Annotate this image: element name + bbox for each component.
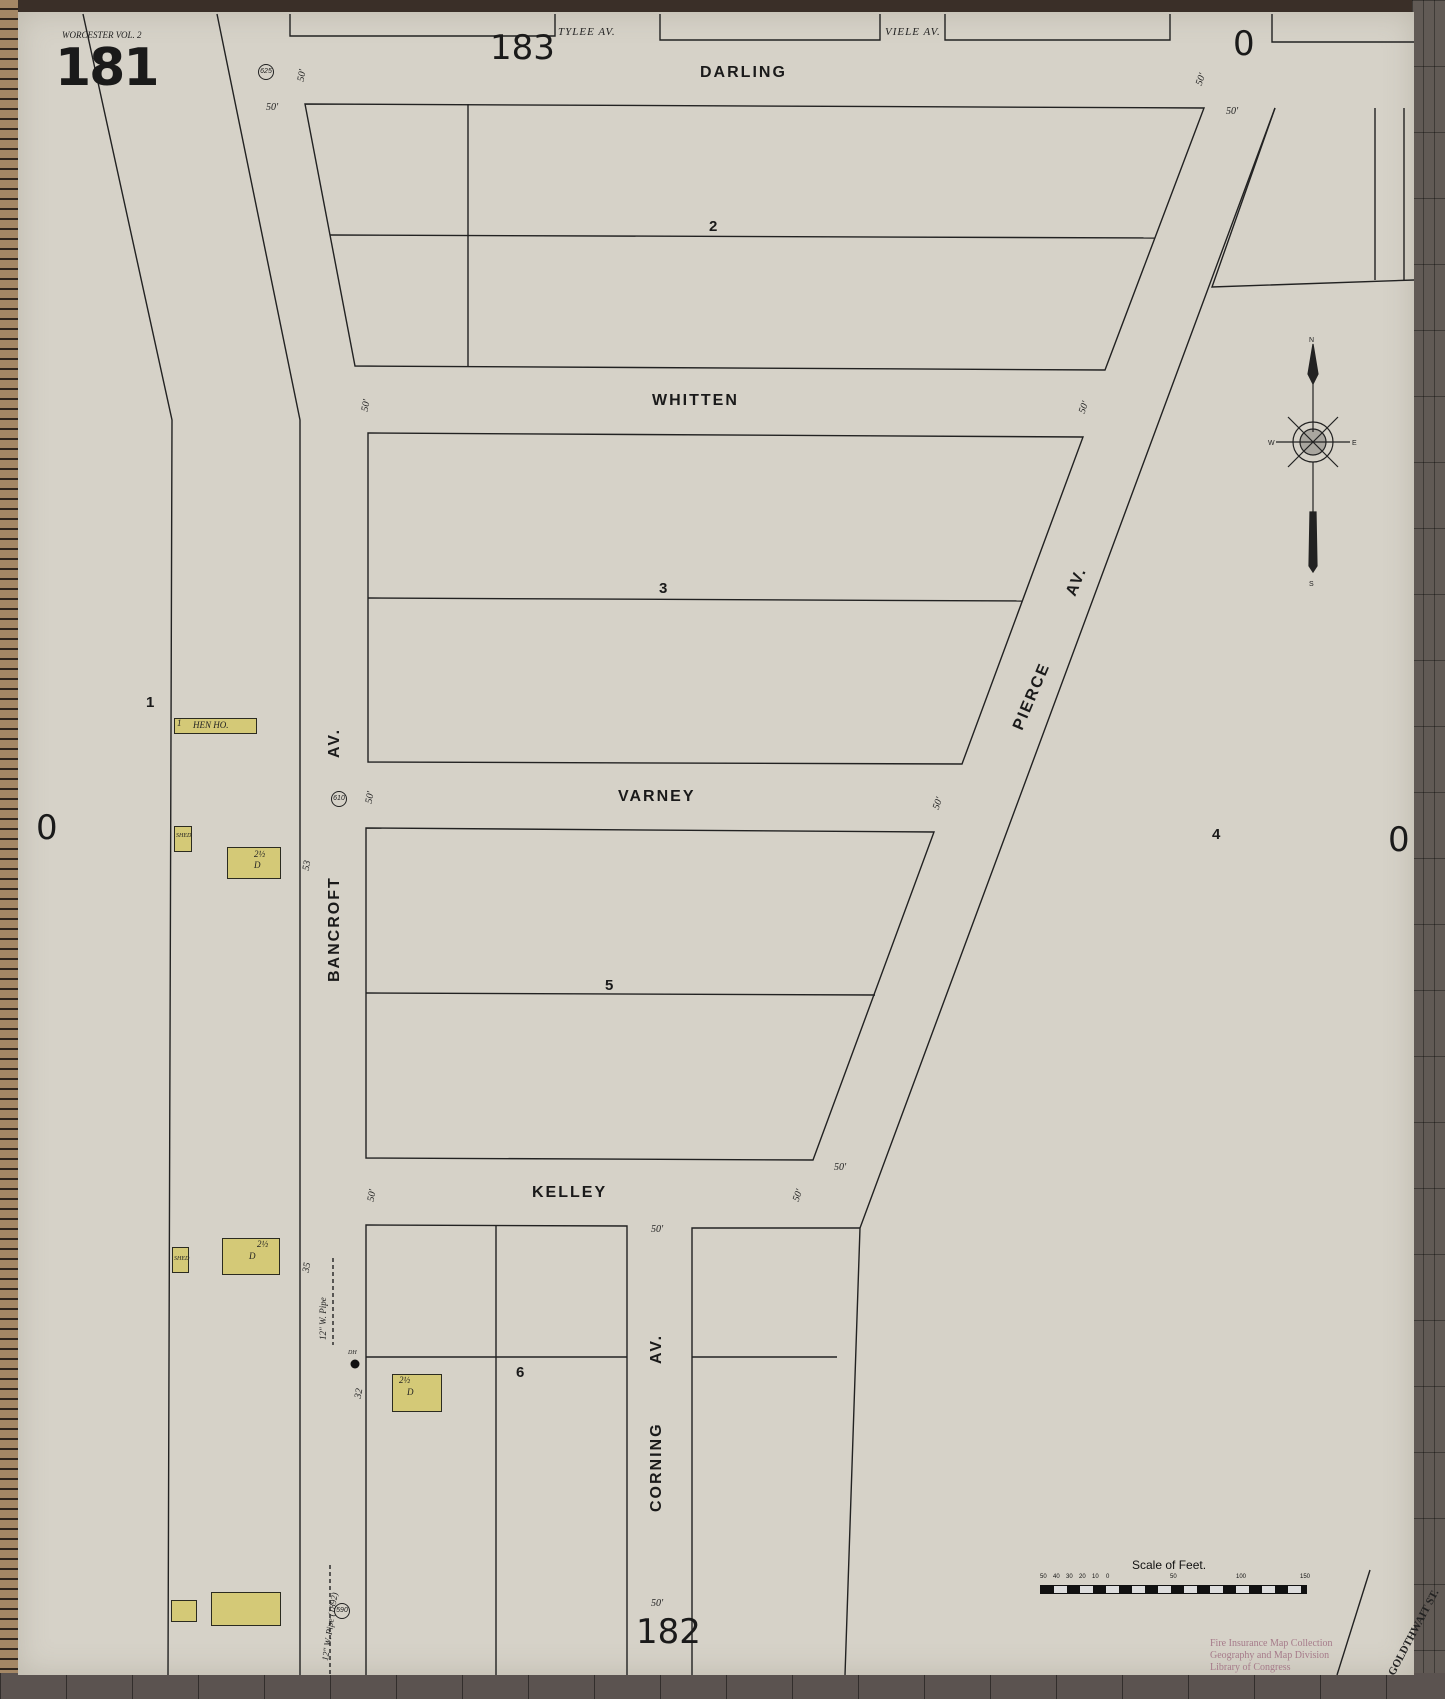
street-label-corning: CORNING [648,1422,666,1512]
street-label-varney: VARNEY [618,788,696,806]
block-number-4: 4 [1212,826,1220,843]
block-number-1: 1 [146,694,154,711]
street-label-kelley: KELLEY [532,1184,607,1202]
block-number-5: 5 [605,977,613,994]
width-label: 50' [366,1189,379,1203]
compass-rose-icon: N W E S [1268,334,1358,590]
adjacent-page-left: 0 [36,808,58,848]
width-label: 35 [301,1262,314,1274]
elevation-marker: 610 [331,791,347,807]
street-label-whitten: WHITTEN [652,392,739,410]
building-dwelling: 2½ D [222,1238,280,1275]
width-label: 50' [1226,106,1238,117]
adjacent-page-right: 0 [1388,820,1410,860]
svg-text:E: E [1352,440,1357,447]
page-number: 181 [55,38,158,98]
street-label-bancroft-suffix: AV. [326,728,344,758]
building-hen-house: 1 HEN HO. [174,718,257,734]
street-label-corning-suffix: AV. [648,1334,666,1364]
street-label-tylee: TYLEE AV. [558,26,616,38]
hydrant-marker [351,1360,360,1369]
street-label-darling: DARLING [700,64,787,82]
svg-text:N: N [1309,337,1314,344]
map-frame: WORCESTER VOL. 2 181 183 0 0 0 182 TYLEE… [0,0,1445,1699]
elevation-marker: 625 [258,64,274,80]
adjacent-page-bottom: 182 [636,1612,701,1652]
width-label: 50' [651,1224,663,1235]
width-label: 50' [364,791,377,805]
hydrant-label: DH [348,1350,357,1356]
street-label-bancroft: BANCROFT [326,876,344,982]
adjacent-page-top-right: 0 [1233,24,1255,64]
width-label: 53 [301,860,314,872]
building-dwelling [211,1592,281,1626]
building-outbuilding [171,1600,197,1622]
building-dwelling: 2½ D [227,847,281,879]
width-label: 50' [360,399,373,413]
water-pipe-label: 12" W. Pipe [318,1297,328,1340]
adjacent-page-top: 183 [490,28,555,68]
building-shed: SHED [172,1247,189,1273]
width-label: 50' [296,69,309,83]
street-block-lines [0,0,1445,1699]
street-label-viele: VIELE AV. [885,26,941,38]
block-number-3: 3 [659,580,667,597]
width-label: 32 [353,1388,366,1400]
block-number-2: 2 [709,218,717,235]
svg-text:S: S [1309,581,1314,588]
scale-title: Scale of Feet. [1132,1558,1206,1572]
scale-bar [1040,1585,1307,1594]
svg-text:W: W [1268,440,1275,447]
width-label: 50' [651,1598,663,1609]
library-stamp: Fire Insurance Map Collection Geography … [1210,1638,1332,1674]
building-dwelling: 2½ D [392,1374,442,1412]
width-label: 50' [266,102,278,113]
block-number-6: 6 [516,1364,524,1381]
building-shed: SHED [174,826,192,852]
width-label: 50' [834,1162,846,1173]
